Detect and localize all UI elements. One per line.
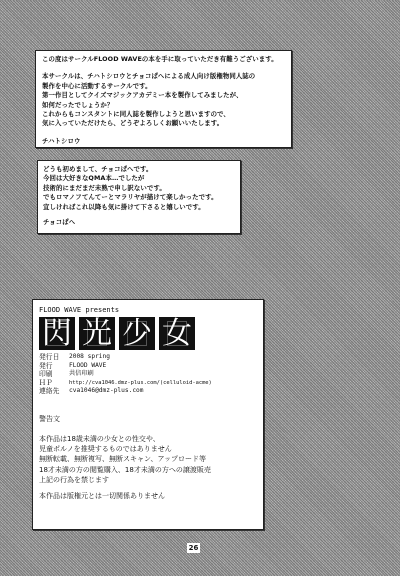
title-char: 少 bbox=[119, 317, 155, 350]
text-line: 宜しければこれ以降も気に掛けて下さると嬉しいです。 bbox=[43, 203, 235, 212]
spacer bbox=[39, 424, 257, 434]
contact-email[interactable]: cva1046@dmz-plus.com bbox=[69, 387, 144, 396]
warning-heading: 警告文 bbox=[39, 414, 257, 424]
info-row-date: 発行日 2008 spring bbox=[39, 353, 257, 362]
warning-line: 上記の行為を禁じます bbox=[39, 475, 257, 485]
author-signature: チハトシロウ bbox=[42, 137, 285, 146]
warning-line: 18才未満の方の閲覧購入、18才未満の方への譲渡販売 bbox=[39, 465, 257, 475]
text-line: でもロマノフてんてーとマラリヤが描けて楽しかったです。 bbox=[43, 193, 235, 202]
afterword-chihato-box: この度はサークルFLOOD WAVEの本を手に取っていただき有難うございます。 … bbox=[35, 50, 292, 148]
spacer bbox=[42, 129, 285, 137]
warning-line: 児童ポルノを推奨するものではありません bbox=[39, 444, 257, 454]
text-line: 技術的にまだまだ未熟で申し訳ないです。 bbox=[43, 184, 235, 193]
text-line: 製作を中心に活動するサークルです。 bbox=[42, 82, 285, 91]
author-signature: チョコぱへ bbox=[43, 218, 235, 227]
afterword-chocopa-box: どうも初めまして、チョコぱへです。 今回は大好きなQMA本…でしたが 技術的にま… bbox=[37, 160, 241, 234]
text-line: 本サークルは、チハトシロウとチョコぱへによる成人向け版権物同人誌の bbox=[42, 72, 285, 81]
info-row-publisher: 発行 FLOOD WAVE bbox=[39, 362, 257, 371]
warning-line: 本作品は18歳未満の少女との性交や、 bbox=[39, 434, 257, 444]
info-row-homepage: ＨＰ http://cva1046.dmz-plus.com/(celluloi… bbox=[39, 379, 257, 388]
copyright-disclaimer: 本作品は版権元とは一切関係ありません bbox=[39, 491, 257, 501]
book-title: 閃 光 少 女 bbox=[39, 317, 257, 350]
text-line: 如何だったでしょうか？ bbox=[42, 101, 285, 110]
info-row-contact: 連絡先 cva1046@dmz-plus.com bbox=[39, 387, 257, 396]
presents-label: FLOOD WAVE presents bbox=[39, 306, 257, 315]
info-row-printer: 印刷 共信印刷 bbox=[39, 370, 257, 379]
title-char: 光 bbox=[79, 317, 115, 350]
text-line: どうも初めまして、チョコぱへです。 bbox=[43, 165, 235, 174]
title-char: 閃 bbox=[39, 317, 75, 350]
publication-info: 発行日 2008 spring 発行 FLOOD WAVE 印刷 共信印刷 ＨＰ… bbox=[39, 353, 257, 396]
page-number: 26 bbox=[187, 543, 200, 553]
text-line: 第一作目としてクイズマジックアカデミー本を製作してみましたが、 bbox=[42, 91, 285, 100]
warning-line: 無断転載、無断複写、無断スキャン、アップロード等 bbox=[39, 454, 257, 464]
homepage-link[interactable]: http://cva1046.dmz-plus.com/(celluloid-a… bbox=[69, 379, 212, 388]
text-line: 今回は大好きなQMA本…でしたが bbox=[43, 174, 235, 183]
text-line: この度はサークルFLOOD WAVEの本を手に取っていただき有難うございます。 bbox=[42, 55, 285, 64]
title-char: 女 bbox=[159, 317, 195, 350]
colophon-box: FLOOD WAVE presents 閃 光 少 女 発行日 2008 spr… bbox=[32, 299, 264, 530]
text-line: 気に入っていただけたら、どうぞよろしくお願いいたします。 bbox=[42, 119, 285, 128]
